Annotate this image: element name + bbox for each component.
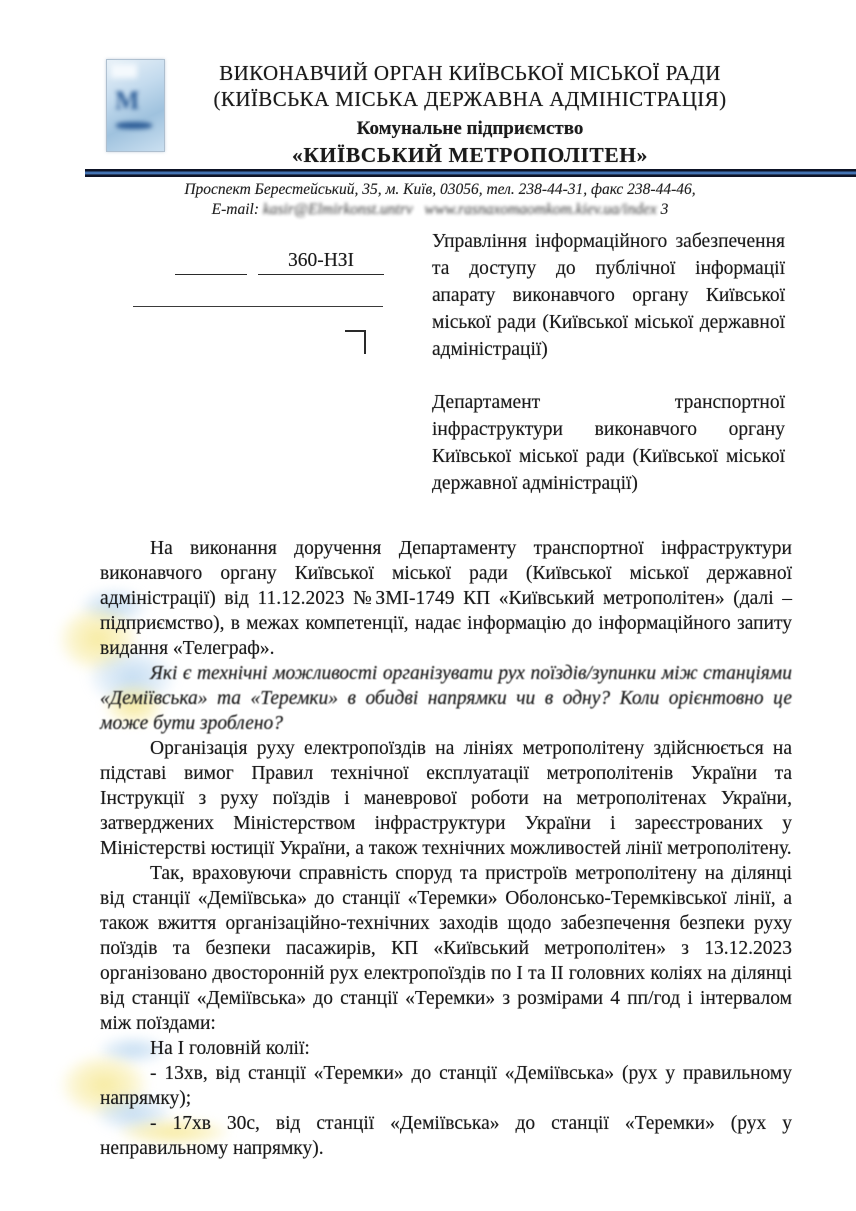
- list-item-interval-17min: - 17хв 30с, від станції «Деміївська» до …: [100, 1111, 792, 1161]
- list-item-interval-13min: - 13хв, від станції «Теремки» до станції…: [100, 1061, 792, 1111]
- email-value-illegible: kasir@Elmirkonst.untrv: [263, 201, 413, 218]
- scanned-letter-page: M ВИКОНАВЧИЙ ОРГАН КИЇВСЬКОЇ МІСЬКОЇ РАД…: [0, 0, 856, 1211]
- letter-body: На виконання доручення Департаменту тран…: [100, 536, 792, 1161]
- email-web-line: E-mail: kasir@Elmirkonst.untrv www.rasna…: [110, 200, 770, 220]
- org-name-line2: (КИЇВСЬКА МІСЬКА ДЕРЖАВНА АДМІНІСТРАЦІЯ): [170, 86, 770, 112]
- trailing-digit: 3: [661, 201, 669, 218]
- date-blank-line: [175, 252, 247, 275]
- addressee-block: Управління інформаційного забезпечення т…: [432, 228, 785, 523]
- company-type: Комунальне підприємство: [170, 116, 770, 142]
- email-label: E-mail:: [212, 201, 259, 218]
- addressee-department-2: Департамент транспортної інфраструктури …: [432, 389, 785, 497]
- paragraph-regulations: Організація руху електропоїздів на лінія…: [100, 736, 792, 861]
- kyiv-metro-logo: M: [106, 59, 165, 152]
- addressee-department-1: Управління інформаційного забезпечення т…: [432, 228, 785, 363]
- metro-m-icon: M: [115, 86, 138, 116]
- postal-address: Проспект Берестейський, 35, м. Київ, 030…: [110, 180, 770, 200]
- paragraph-track1-heading: На І головній колії:: [100, 1036, 792, 1061]
- company-name: «КИЇВСЬКИЙ МЕТРОПОЛІТЕН»: [170, 142, 770, 169]
- paragraph-question: Які є технічні можливості організувати р…: [100, 661, 792, 736]
- logo-smudge: [116, 122, 152, 129]
- logo-highlight: [111, 64, 137, 78]
- reference-blank-line: [133, 288, 383, 307]
- contact-info: Проспект Берестейський, 35, м. Київ, 030…: [110, 180, 770, 220]
- org-name-line1: ВИКОНАВЧИЙ ОРГАН КИЇВСЬКОЇ МІСЬКОЇ РАДИ: [170, 60, 770, 86]
- paragraph-intro: На виконання доручення Департаменту тран…: [100, 536, 792, 661]
- website-value-illegible: www.rasnaxomaomkom.kiev.ua/index: [424, 201, 656, 218]
- header-divider-rule: [85, 169, 856, 177]
- letterhead: ВИКОНАВЧИЙ ОРГАН КИЇВСЬКОЇ МІСЬКОЇ РАДИ …: [170, 60, 770, 169]
- paragraph-organization: Так, враховуючи справність споруд та при…: [100, 861, 792, 1036]
- corner-mark: [345, 330, 366, 354]
- outgoing-number: 360-НЗІ: [258, 250, 384, 275]
